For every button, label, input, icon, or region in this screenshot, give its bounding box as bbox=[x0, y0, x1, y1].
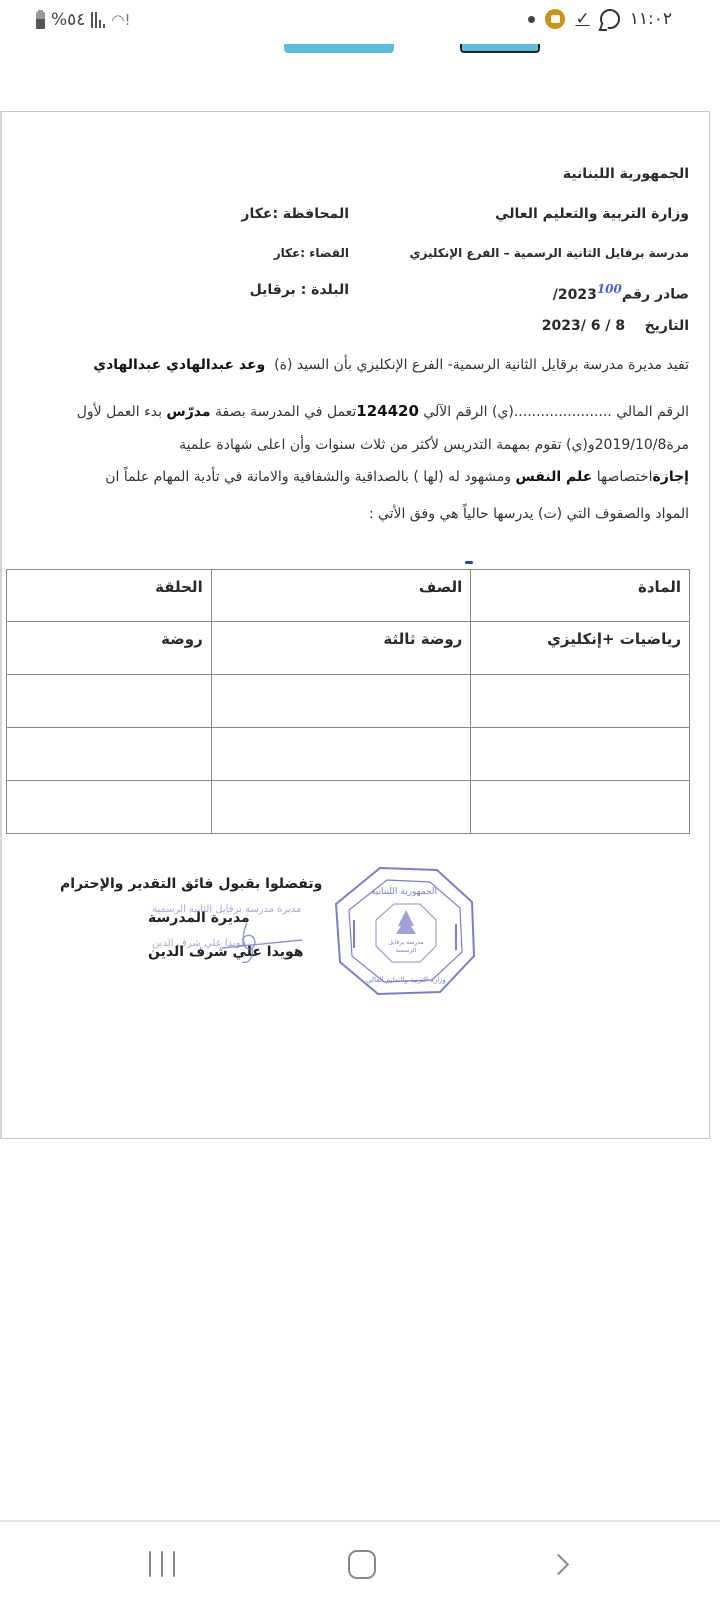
cell-cycle: روضة bbox=[7, 622, 212, 675]
battery-percent: %٥٤ bbox=[51, 10, 85, 30]
issue-number: صادر رقم100/2023 bbox=[553, 282, 689, 303]
app-update-icon bbox=[545, 9, 565, 29]
town: البلدة : برقايل bbox=[250, 282, 349, 298]
cell-class bbox=[211, 728, 471, 781]
svg-text:وزارة التربية والتعليم العالي: وزارة التربية والتعليم العالي bbox=[366, 976, 446, 984]
role: مدرّس bbox=[166, 404, 210, 420]
cell-cycle bbox=[7, 781, 212, 834]
navigation-bar bbox=[0, 1522, 720, 1600]
svg-text:الجمهورية اللبنانية: الجمهورية اللبنانية bbox=[371, 887, 437, 897]
back-button[interactable] bbox=[540, 1542, 584, 1586]
body-line-2: الرقم المالي ......................(ي) ا… bbox=[77, 402, 689, 420]
cell-cycle bbox=[7, 728, 212, 781]
back-chevron-icon bbox=[547, 1553, 568, 1574]
recent-apps-icon-bar bbox=[161, 1551, 163, 1577]
header-class: الصف bbox=[211, 570, 471, 622]
signal-icon bbox=[91, 12, 105, 28]
clock: ١١:٠٢ bbox=[630, 9, 672, 29]
cell-class bbox=[211, 781, 471, 834]
body-line-5: المواد والصفوف التي (ت) يدرسها حالياً هي… bbox=[369, 506, 689, 522]
body-line-4: إجازةاختصاصها علم النفس ومشهود له (لها )… bbox=[105, 469, 689, 485]
header-cycle: الحلقة bbox=[7, 570, 212, 622]
home-button[interactable] bbox=[340, 1542, 384, 1586]
recent-apps-button[interactable] bbox=[140, 1542, 184, 1586]
status-left: %٥٤ ◠! bbox=[36, 10, 131, 30]
toolbar-hint-right bbox=[460, 44, 540, 53]
governorate: المحافظة :عكار bbox=[241, 206, 349, 222]
ink-mark bbox=[465, 561, 473, 564]
date-line: التاريخ 2023/ 6 / 8 bbox=[542, 318, 689, 334]
teacher-name: وعد عبدالهادي عبدالهادي bbox=[93, 357, 265, 373]
status-bar: %٥٤ ◠! ✓ ١١:٠٢ bbox=[0, 0, 720, 44]
cell-class: روضة ثالثة bbox=[211, 622, 471, 675]
official-stamp: مدرسة برقايل الرسمية الجمهورية اللبنانية… bbox=[332, 864, 477, 997]
school-name: مدرسة برقايل الثانية الرسمية – الفرع الإ… bbox=[410, 246, 690, 260]
specialty: علم النفس bbox=[516, 469, 593, 485]
table-header-row: المادة الصف الحلقة bbox=[7, 570, 690, 622]
date-label: التاريخ bbox=[645, 318, 689, 334]
home-icon bbox=[348, 1550, 376, 1579]
whatsapp-icon bbox=[600, 9, 620, 29]
document-page: الجمهورية اللبنانية وزارة التربية والتعل… bbox=[0, 111, 710, 1139]
svg-text:مدرسة برقايل: مدرسة برقايل bbox=[388, 939, 423, 946]
wifi-icon: ◠! bbox=[111, 11, 130, 29]
table-row bbox=[7, 728, 690, 781]
date-value: 2023/ 6 / 8 bbox=[542, 318, 625, 334]
issue-label: صادر رقم bbox=[622, 287, 689, 303]
cell-subject bbox=[471, 675, 690, 728]
cell-subject bbox=[471, 781, 690, 834]
auto-number: 124420 bbox=[356, 402, 419, 420]
more-notifications-dot-icon bbox=[528, 16, 535, 23]
table-row: رياضيات +إنكليزي روضة ثالثة روضة bbox=[7, 622, 690, 675]
cell-subject bbox=[471, 728, 690, 781]
download-done-icon: ✓ bbox=[575, 9, 589, 29]
republic-heading: الجمهورية اللبنانية bbox=[563, 166, 689, 182]
district: القضاء :عكار bbox=[274, 246, 349, 260]
closing-regards: وتفضلوا بقبول فائق التقدير والإحترام bbox=[60, 876, 322, 892]
table-row bbox=[7, 781, 690, 834]
status-right: ✓ ١١:٠٢ bbox=[528, 9, 672, 29]
issue-handwritten: 100 bbox=[597, 282, 622, 296]
cell-cycle bbox=[7, 675, 212, 728]
issue-year: /2023 bbox=[553, 287, 597, 303]
subjects-table: المادة الصف الحلقة رياضيات +إنكليزي روضة… bbox=[6, 569, 690, 834]
battery-icon bbox=[36, 12, 45, 29]
body-line-3: مرة2019/10/8و(ي) تقوم بمهمة التدريس لأكث… bbox=[179, 437, 689, 453]
handwritten-signature bbox=[152, 918, 312, 968]
table-row bbox=[7, 675, 690, 728]
ministry-heading: وزارة التربية والتعليم العالي bbox=[495, 206, 689, 222]
cell-subject: رياضيات +إنكليزي bbox=[471, 622, 690, 675]
body-line-1: تفيد مديرة مدرسة برقايل الثانية الرسمية-… bbox=[93, 357, 689, 373]
recent-apps-icon-bar bbox=[173, 1551, 175, 1577]
cell-class bbox=[211, 675, 471, 728]
toolbar-hint-left bbox=[284, 44, 394, 53]
recent-apps-icon bbox=[149, 1551, 151, 1577]
header-subject: المادة bbox=[471, 570, 690, 622]
svg-text:الرسمية: الرسمية bbox=[396, 947, 417, 954]
